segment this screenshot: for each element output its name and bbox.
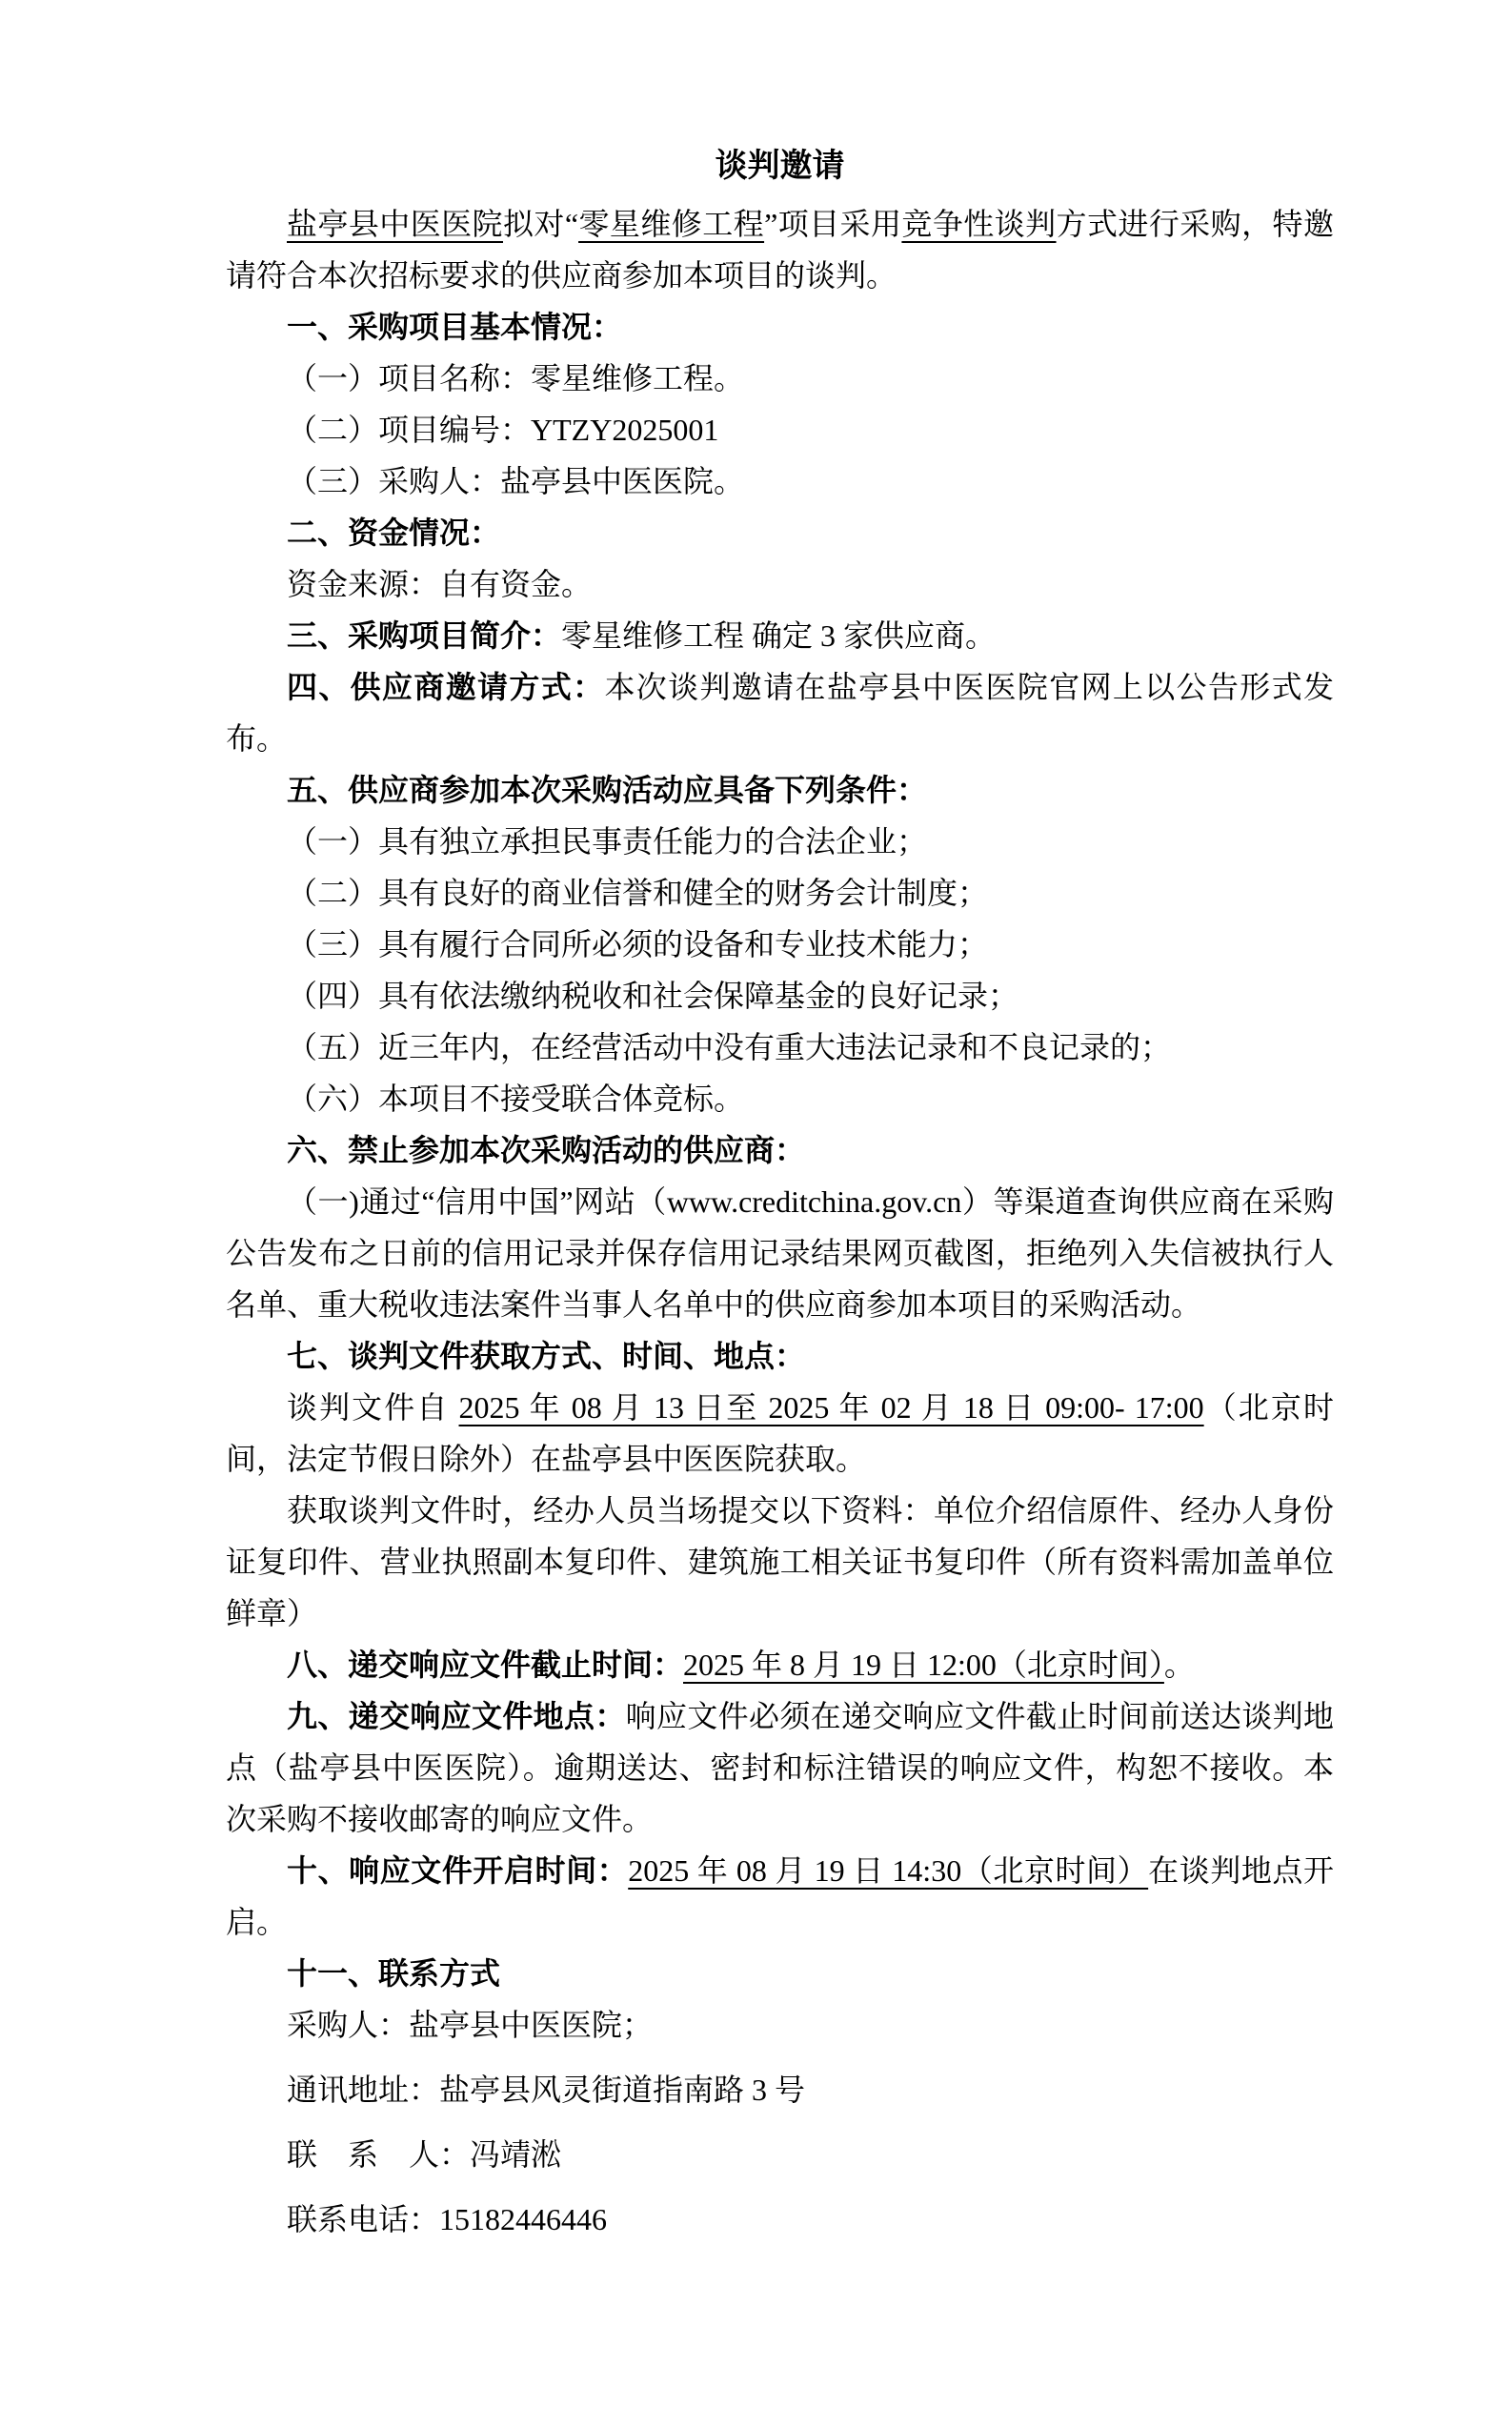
text-run: （一)通过“信用中国”网站（www.creditchina.gov.cn）等渠道… [226, 1184, 1334, 1322]
text-run: 联系电话：15182446446 [287, 2202, 607, 2236]
underlined-text-run: 2025 年 8 月 19 日 12:00（北京时间） [683, 1648, 1164, 1682]
document-page: 谈判邀请 盐亭县中医医院拟对“零星维修工程”项目采用竞争性谈判方式进行采购，特邀… [0, 0, 1512, 2427]
section-6-heading: 六、禁止参加本次采购活动的供应商： [226, 1124, 1334, 1176]
text-run: （五）近三年内，在经营活动中没有重大违法记录和不良记录的； [287, 1030, 1171, 1064]
bold-text-run: 七、谈判文件获取方式、时间、地点： [287, 1339, 805, 1373]
contact-address: 通讯地址：盐亭县风灵街道指南路 3 号 [226, 2064, 1334, 2115]
intro-paragraph: 盐亭县中医医院拟对“零星维修工程”项目采用竞争性谈判方式进行采购，特邀请符合本次… [226, 198, 1334, 301]
item-1-2-project-number: （二）项目编号：YTZY2025001 [226, 404, 1334, 455]
section-2-heading: 二、资金情况： [226, 507, 1334, 558]
item-5-2: （二）具有良好的商业信誉和健全的财务会计制度； [226, 867, 1334, 919]
item-1-1-project-name: （一）项目名称：零星维修工程。 [226, 353, 1334, 404]
section-4-invitation-method: 四、供应商邀请方式：本次谈判邀请在盐亭县中医医院官网上以公告形式发布。 [226, 661, 1334, 764]
item-5-6: （六）本项目不接受联合体竞标。 [226, 1073, 1334, 1124]
section-3-project-summary: 三、采购项目简介：零星维修工程 确定 3 家供应商。 [226, 610, 1334, 661]
text-run: 谈判文件自 [287, 1390, 459, 1425]
item-5-4: （四）具有依法缴纳税收和社会保障基金的良好记录； [226, 970, 1334, 1021]
text-run: （一）项目名称：零星维修工程。 [287, 361, 744, 395]
section-7-heading: 七、谈判文件获取方式、时间、地点： [226, 1330, 1334, 1382]
item-5-3: （三）具有履行合同所必须的设备和专业技术能力； [226, 919, 1334, 970]
item-5-1: （一）具有独立承担民事责任能力的合法企业； [226, 816, 1334, 867]
bold-text-run: 二、资金情况： [287, 516, 500, 550]
bold-text-run: 九、递交响应文件地点： [287, 1699, 626, 1733]
text-run: 获取谈判文件时，经办人员当场提交以下资料：单位介绍信原件、经办人身份证复印件、营… [226, 1493, 1334, 1630]
text-run: （一）具有独立承担民事责任能力的合法企业； [287, 824, 927, 859]
bold-text-run: 六、禁止参加本次采购活动的供应商： [287, 1133, 805, 1167]
section-9-submission-place: 九、递交响应文件地点：响应文件必须在递交响应文件截止时间前送达谈判地点（盐亭县中… [226, 1690, 1334, 1845]
text-run: 零星维修工程 确定 3 家供应商。 [561, 618, 996, 653]
underlined-text-run: 2025 年 08 月 19 日 14:30（北京时间） [628, 1853, 1148, 1888]
bold-text-run: 五、供应商参加本次采购活动应具备下列条件： [287, 773, 927, 807]
text-run: （四）具有依法缴纳税收和社会保障基金的良好记录； [287, 979, 1018, 1013]
text-run: 资金来源：自有资金。 [287, 567, 592, 601]
text-run: 拟对“ [503, 207, 578, 241]
doc-obtain-time: 谈判文件自 2025 年 08 月 13 日至 2025 年 02 月 18 日… [226, 1382, 1334, 1485]
document-title: 谈判邀请 [226, 141, 1334, 192]
text-run: 。 [1164, 1648, 1195, 1682]
text-run: 通讯地址：盐亭县风灵街道指南路 3 号 [287, 2073, 805, 2107]
bold-text-run: 十一、联系方式 [287, 1956, 500, 1991]
doc-obtain-materials: 获取谈判文件时，经办人员当场提交以下资料：单位介绍信原件、经办人身份证复印件、营… [226, 1485, 1334, 1639]
underlined-text-run: 零星维修工程 [578, 207, 764, 241]
text-run: 联 系 人：冯靖淞 [287, 2137, 561, 2172]
text-run: （三）具有履行合同所必须的设备和专业技术能力； [287, 927, 988, 961]
text-run: （二）项目编号：YTZY2025001 [287, 413, 718, 447]
contact-phone: 联系电话：15182446446 [226, 2194, 1334, 2245]
item-6-1-credit-china: （一)通过“信用中国”网站（www.creditchina.gov.cn）等渠道… [226, 1176, 1334, 1330]
document-body: 盐亭县中医医院拟对“零星维修工程”项目采用竞争性谈判方式进行采购，特邀请符合本次… [226, 198, 1334, 2245]
bold-text-run: 十、响应文件开启时间： [287, 1853, 628, 1888]
section-5-heading: 五、供应商参加本次采购活动应具备下列条件： [226, 764, 1334, 816]
underlined-text-run: 2025 年 08 月 13 日至 2025 年 02 月 18 日 09:00… [459, 1390, 1204, 1425]
underlined-text-run: 盐亭县中医医院 [287, 207, 503, 241]
section-8-deadline: 八、递交响应文件截止时间：2025 年 8 月 19 日 12:00（北京时间）… [226, 1639, 1334, 1690]
contact-purchaser: 采购人：盐亭县中医医院； [226, 1999, 1334, 2051]
text-run: （六）本项目不接受联合体竞标。 [287, 1082, 744, 1116]
section-11-heading: 十一、联系方式 [226, 1948, 1334, 1999]
bold-text-run: 一、采购项目基本情况： [287, 310, 622, 344]
bold-text-run: 八、递交响应文件截止时间： [287, 1648, 683, 1682]
section-10-opening-time: 十、响应文件开启时间：2025 年 08 月 19 日 14:30（北京时间）在… [226, 1845, 1334, 1948]
item-5-5: （五）近三年内，在经营活动中没有重大违法记录和不良记录的； [226, 1021, 1334, 1073]
contact-person: 联 系 人：冯靖淞 [226, 2129, 1334, 2180]
text-run: ”项目采用 [764, 207, 901, 241]
bold-text-run: 四、供应商邀请方式： [287, 670, 604, 704]
section-1-heading: 一、采购项目基本情况： [226, 301, 1334, 353]
text-run: （三）采购人：盐亭县中医医院。 [287, 464, 744, 498]
bold-text-run: 三、采购项目简介： [287, 618, 561, 653]
funding-source: 资金来源：自有资金。 [226, 558, 1334, 610]
text-run: 采购人：盐亭县中医医院； [287, 2008, 653, 2042]
underlined-text-run: 竞争性谈判 [901, 207, 1056, 241]
text-run: （二）具有良好的商业信誉和健全的财务会计制度； [287, 876, 988, 910]
item-1-3-purchaser: （三）采购人：盐亭县中医医院。 [226, 455, 1334, 507]
